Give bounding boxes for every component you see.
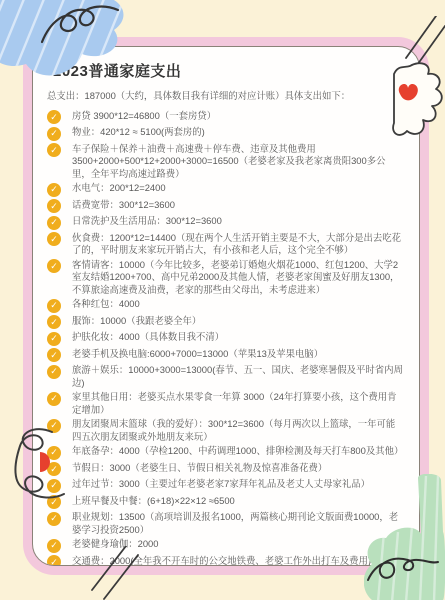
expense-item-text: 老婆手机及换电脑:6000+7000=13000（苹果13及苹果电脑） (72, 348, 323, 361)
expense-item-text: 物业：420*12 ≈ 5100(两套房的) (72, 126, 205, 139)
check-icon: ✓ (47, 183, 61, 197)
list-item: ✓ 老婆健身瑜伽：2000 (47, 538, 403, 553)
total-summary-text: 总支出：187000（大约，具体数目我有详细的对应计账）具体支出如下： (47, 90, 403, 103)
expense-item-text: 职业规划：13500（高项培训及报名1000，两篇核心期刊论文版面费10000，… (72, 511, 403, 536)
expense-item-text: 交通费：2000(全年我不开车时的公交地铁费、老婆工作外出打车及费用) (72, 555, 371, 567)
check-icon: ✓ (47, 446, 61, 460)
list-item: ✓ 水电气：200*12=2400 (47, 182, 403, 197)
expense-item-text: 客情请客：10000（今年比较多，老婆弟订婚炮火烟花1000、红包1200、大学… (72, 259, 403, 297)
list-item: ✓ 过年过节：3000（主要过年老婆老家7家拜年礼品及老丈人丈母家礼品） (47, 478, 403, 493)
check-icon: ✓ (47, 512, 61, 526)
expense-item-text: 各种红包：4000 (72, 298, 140, 311)
check-icon: ✓ (47, 419, 61, 433)
scribble-icon (40, 2, 122, 46)
page-title: 2023普通家庭支出 (53, 60, 403, 81)
check-icon: ✓ (47, 495, 61, 509)
list-item: ✓ 房贷 3900*12=46800（一套房贷） (47, 110, 403, 125)
expense-item-text: 伙食费：1200*12=14400（现在两个人生活开销主要是不大，大部分是出去吃… (72, 232, 403, 257)
expense-item-text: 上班早餐及中餐：(6+18)×22×12 ≈6500 (72, 495, 235, 508)
check-icon: ✓ (47, 143, 61, 157)
list-item: ✓ 车子保险＋保养＋油费＋高速费＋停车费、违章及其他费用 3500+2000+5… (47, 143, 403, 181)
expense-list: ✓ 房贷 3900*12=46800（一套房贷） ✓ 物业：420*12 ≈ 5… (47, 110, 403, 567)
list-item: ✓ 日常洗护及生活用品：300*12=3600 (47, 215, 403, 230)
expense-note-card: 2023普通家庭支出 总支出：187000（大约，具体数目我有详细的对应计账）具… (32, 46, 420, 566)
expense-item-text: 话费宽带：300*12=3600 (72, 199, 175, 212)
check-icon: ✓ (47, 299, 61, 313)
check-icon: ✓ (47, 127, 61, 141)
check-icon: ✓ (47, 365, 61, 379)
expense-item-text: 年底备孕：4000（孕检1200、中药调理1000、排卵检测及每天打车800及其… (72, 445, 403, 458)
list-item: ✓ 各种红包：4000 (47, 298, 403, 313)
check-icon: ✓ (47, 110, 61, 124)
expense-item-text: 服饰：10000（我跟老婆全年） (72, 315, 201, 328)
expense-item-text: 家里其他日用：老婆买点水果零食一年算 3000（24年打算要小孩，这个费用肯定增… (72, 391, 403, 416)
expense-item-text: 日常洗护及生活用品：300*12=3600 (72, 215, 222, 228)
check-icon: ✓ (47, 479, 61, 493)
list-item: ✓ 年底备孕：4000（孕检1200、中药调理1000、排卵检测及每天打车800… (47, 445, 403, 460)
expense-item-text: 节假日：3000（老婆生日、节假日相关礼物及惊喜准备花费） (72, 462, 327, 475)
check-icon: ✓ (47, 555, 61, 566)
list-item: ✓ 物业：420*12 ≈ 5100(两套房的) (47, 126, 403, 141)
list-item: ✓ 护肤化妆：4000（具体数目我不清） (47, 331, 403, 346)
list-item: ✓ 伙食费：1200*12=14400（现在两个人生活开销主要是不大，大部分是出… (47, 232, 403, 257)
list-item: ✓ 服饰：10000（我跟老婆全年） (47, 315, 403, 330)
expense-item-text: 房贷 3900*12=46800（一套房贷） (72, 110, 216, 123)
check-icon: ✓ (47, 392, 61, 406)
list-item: ✓ 朋友团聚周末篮球（我的爱好）：300*12=3600（每月两次以上篮球，一年… (47, 418, 403, 443)
expense-item-text: 过年过节：3000（主要过年老婆老家7家拜年礼品及老丈人丈母家礼品） (72, 478, 370, 491)
list-item: ✓ 节假日：3000（老婆生日、节假日相关礼物及惊喜准备花费） (47, 462, 403, 477)
expense-item-text: 老婆健身瑜伽：2000 (72, 538, 158, 551)
list-item: ✓ 老婆手机及换电脑:6000+7000=13000（苹果13及苹果电脑） (47, 348, 403, 363)
check-icon: ✓ (47, 232, 61, 246)
check-icon: ✓ (47, 332, 61, 346)
check-icon: ✓ (47, 199, 61, 213)
list-item: ✓ 上班早餐及中餐：(6+18)×22×12 ≈6500 (47, 495, 403, 510)
list-item: ✓ 职业规划：13500（高项培训及报名1000，两篇核心期刊论文版面费1000… (47, 511, 403, 536)
list-item: ✓ 交通费：2000(全年我不开车时的公交地铁费、老婆工作外出打车及费用) (47, 555, 403, 567)
expense-item-text: 朋友团聚周末篮球（我的爱好）：300*12=3600（每月两次以上篮球，一年可能… (72, 418, 403, 443)
check-icon: ✓ (47, 259, 61, 273)
list-item: ✓ 话费宽带：300*12=3600 (47, 199, 403, 214)
expense-item-text: 旅游＋娱乐：10000+3000=13000(春节、五一、国庆、老婆寒暑假及平时… (72, 364, 403, 389)
list-item: ✓ 客情请客：10000（今年比较多，老婆弟订婚炮火烟花1000、红包1200、… (47, 259, 403, 297)
check-icon: ✓ (47, 315, 61, 329)
list-item: ✓ 旅游＋娱乐：10000+3000=13000(春节、五一、国庆、老婆寒暑假及… (47, 364, 403, 389)
check-icon: ✓ (47, 348, 61, 362)
expense-item-text: 车子保险＋保养＋油费＋高速费＋停车费、违章及其他费用 3500+2000+500… (72, 143, 403, 181)
check-icon: ✓ (47, 539, 61, 553)
check-icon: ✓ (47, 462, 61, 476)
check-icon: ✓ (47, 216, 61, 230)
list-item: ✓ 家里其他日用：老婆买点水果零食一年算 3000（24年打算要小孩，这个费用肯… (47, 391, 403, 416)
expense-item-text: 护肤化妆：4000（具体数目我不清） (72, 331, 224, 344)
expense-item-text: 水电气：200*12=2400 (72, 182, 166, 195)
